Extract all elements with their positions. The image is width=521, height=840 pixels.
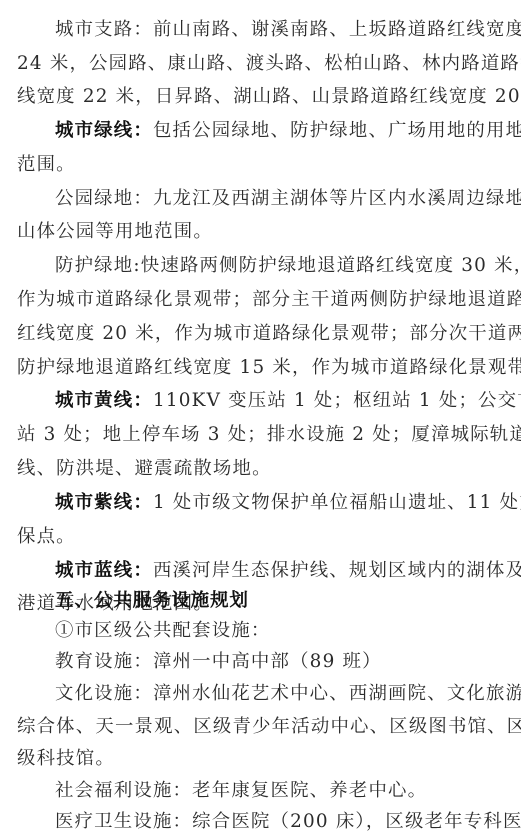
- text-line: 防护绿地退道路红线宽度 15 米，作为城市道路绿化景观带。: [17, 357, 521, 379]
- label-green-line: 城市绿线：: [55, 120, 153, 141]
- text-line: 线、防洪堤、避震疏散场地。: [17, 458, 272, 480]
- text-line: 级科技馆。: [17, 748, 115, 770]
- text-line: 城市蓝线：西溪河岸生态保护线、规划区域内的湖体及: [55, 560, 521, 582]
- text-line: 站 3 处；地上停车场 3 处；排水设施 2 处；厦漳城际轨道 R3: [17, 424, 521, 446]
- label-yellow-line: 城市黄线：: [55, 390, 153, 411]
- text-line: 城市支路：前山南路、谢溪南路、上坂路道路红线宽度: [55, 19, 521, 41]
- text-line: ①市区级公共配套设施：: [55, 620, 271, 642]
- text-line: 24 米，公园路、康山路、渡头路、松柏山路、林内路道路红: [17, 53, 521, 75]
- text-line: 文化设施：漳州水仙花艺术中心、西湖画院、文化旅游: [55, 683, 521, 705]
- label-blue-line: 城市蓝线：: [55, 560, 153, 581]
- text-line: 线宽度 22 米，日昇路、湖山路、山景路道路红线宽度 20 米。: [17, 86, 521, 108]
- text-line: 综合体、天一景观、区级青少年活动中心、区级图书馆、区: [17, 716, 521, 738]
- text-line: 保点。: [17, 526, 76, 548]
- text-line: 社会福利设施：老年康复医院、养老中心。: [55, 780, 427, 802]
- text-line: 作为城市道路绿化景观带；部分主干道两侧防护绿地退道路: [17, 289, 521, 311]
- text-line: 山体公园等用地范围。: [17, 221, 213, 243]
- text-line: 范围。: [17, 154, 76, 176]
- text-line: 城市绿线：包括公园绿地、防护绿地、广场用地的用地: [55, 120, 521, 142]
- text-line: 城市紫线：1 处市级文物保护单位福船山遗址、11 处文: [55, 492, 521, 514]
- text-line: 医疗卫生设施：综合医院（200 床），区级老年专科医院: [55, 811, 521, 833]
- label-purple-line: 城市紫线：: [55, 492, 153, 513]
- text-line: 教育设施：漳州一中高中部（89 班）: [55, 651, 382, 673]
- text-line: 公园绿地：九龙江及西湖主湖体等片区内水溪周边绿地、: [55, 188, 521, 210]
- text-line: 防护绿地:快速路两侧防护绿地退道路红线宽度 30 米，: [55, 255, 521, 277]
- text-line: 红线宽度 20 米，作为城市道路绿化景观带；部分次干道两侧: [17, 323, 521, 345]
- section-heading: 五、公共服务设施规划: [55, 590, 249, 612]
- text-line: 城市黄线：110KV 变压站 1 处；枢纽站 1 处；公交首末: [55, 390, 521, 412]
